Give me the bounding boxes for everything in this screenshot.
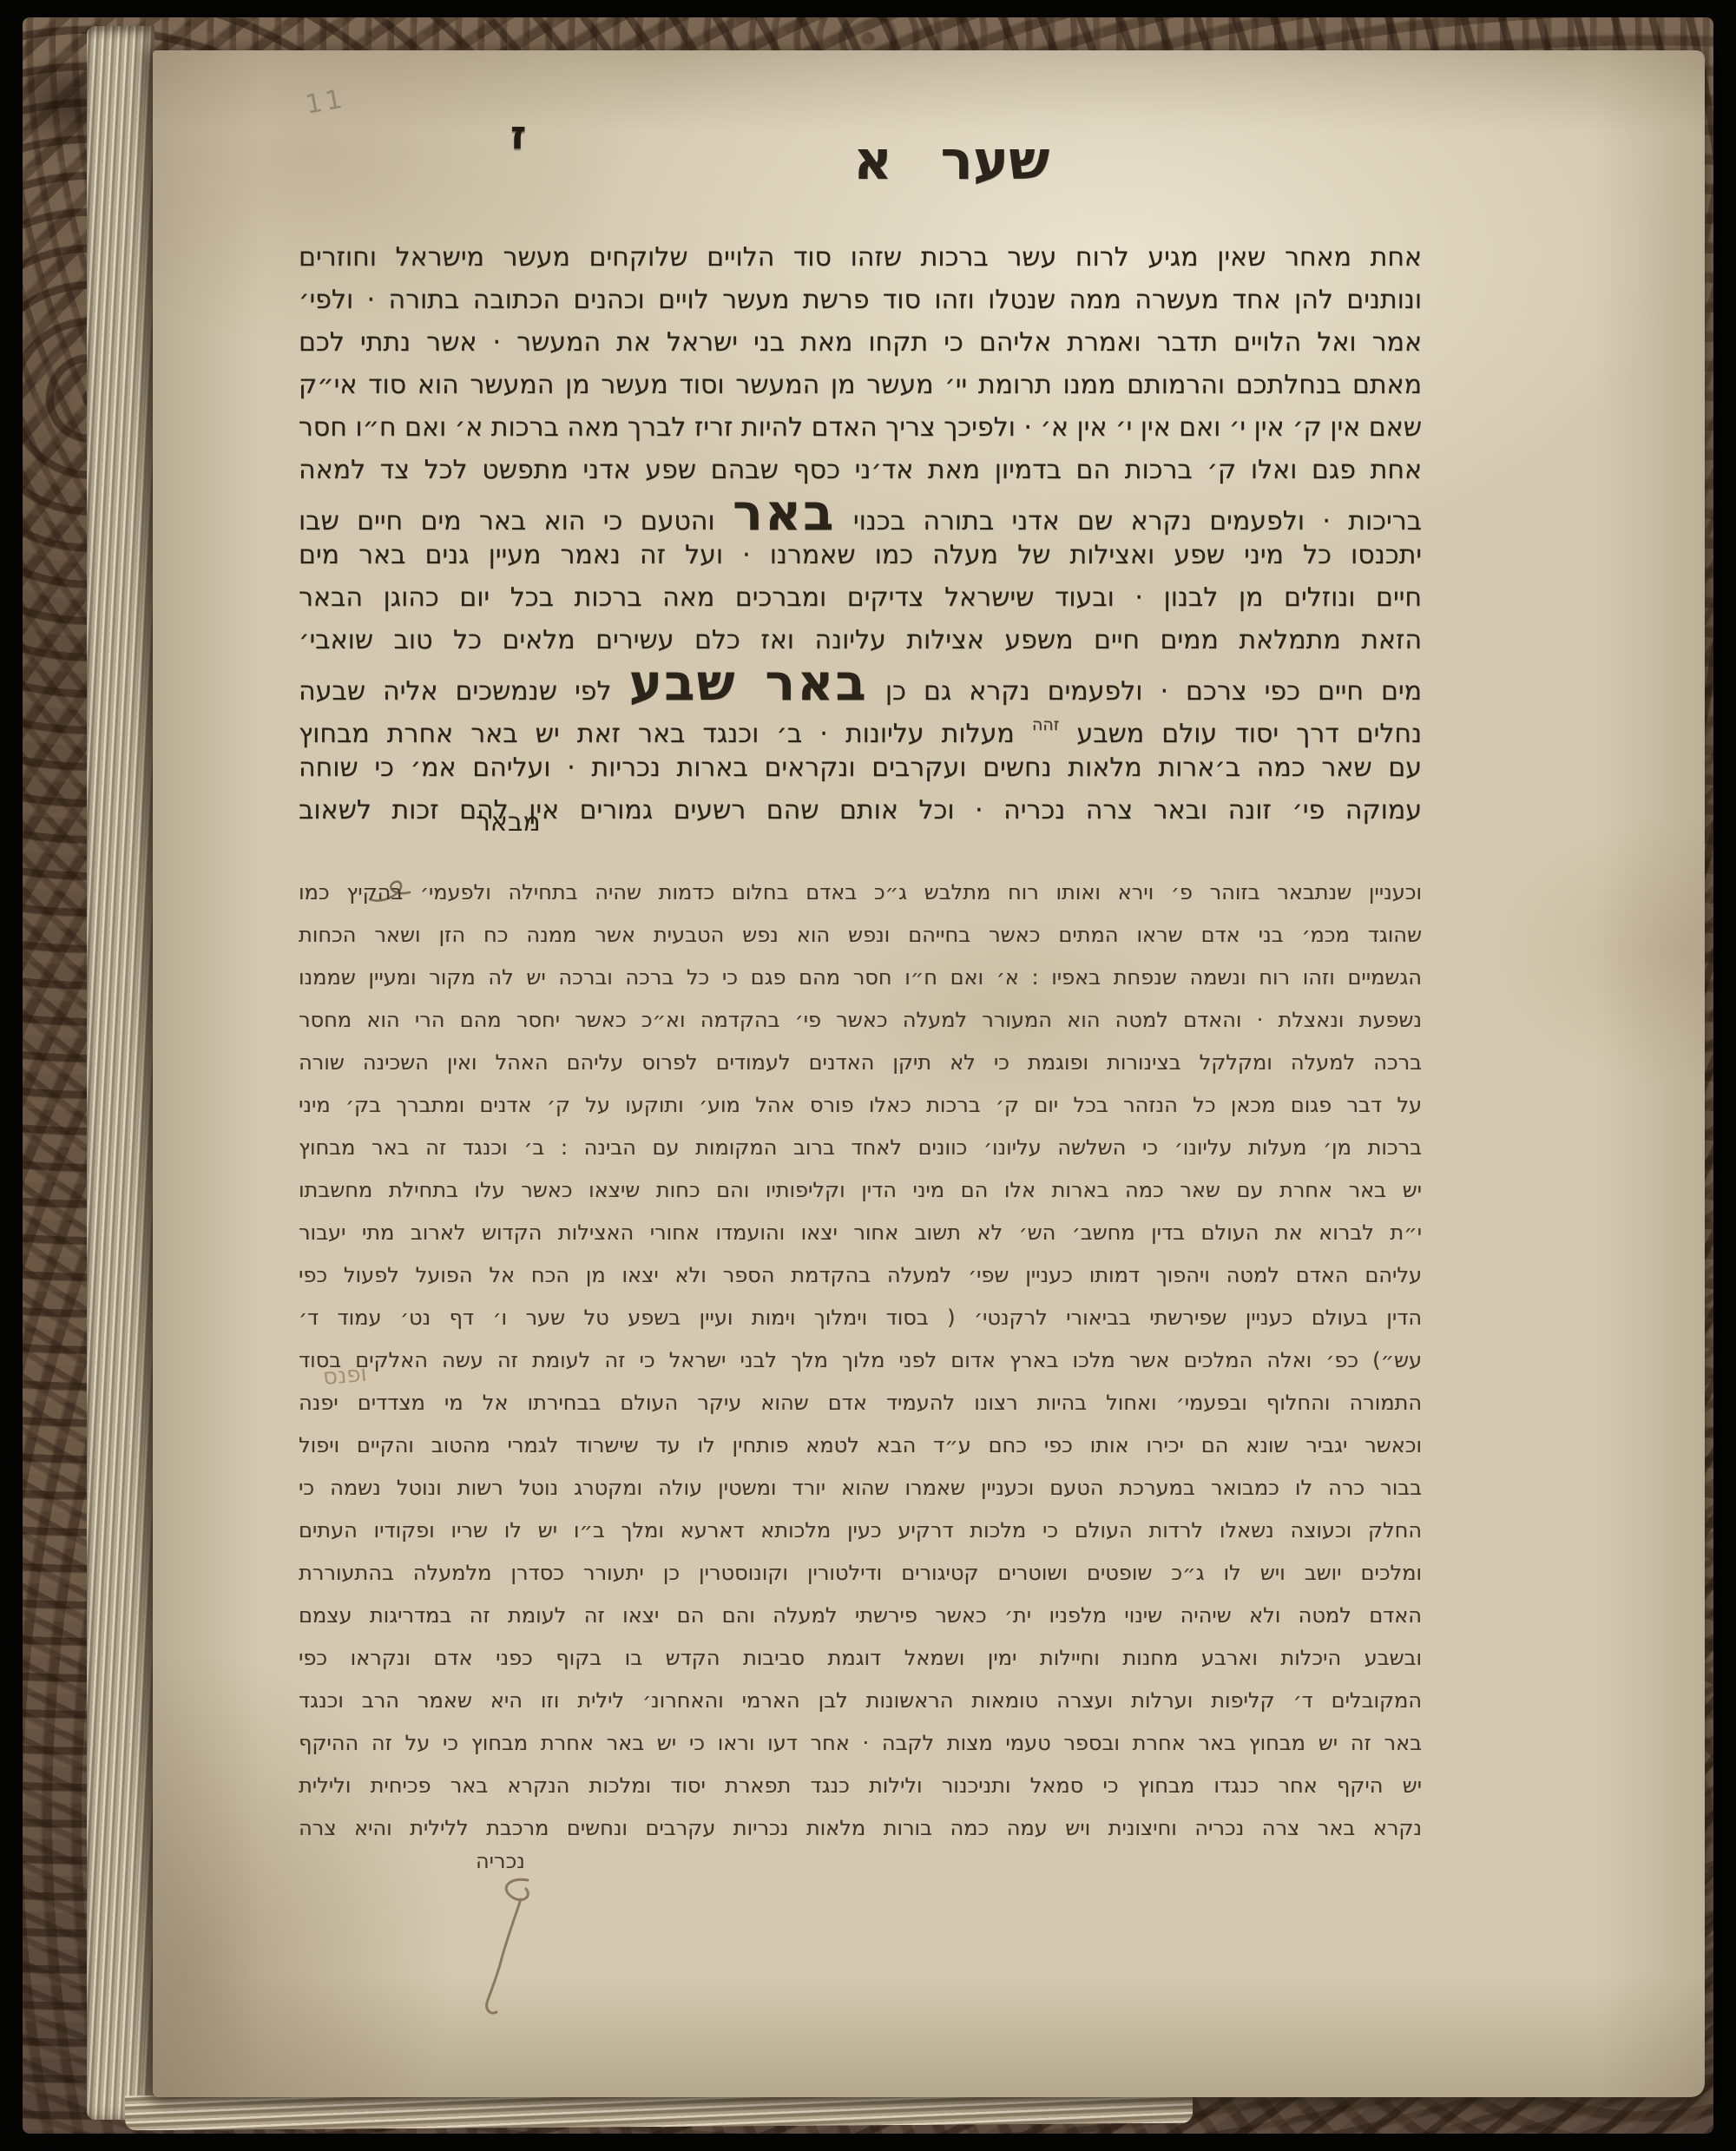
folio-letter: ז xyxy=(510,111,526,158)
text-line: יתכנסו כל מיני שפע ואצילות של מעלה כמו ש… xyxy=(299,534,1422,576)
text-line-beer: בריכות · ולפעמים נקרא שם אדני בתורה בכנו… xyxy=(299,491,1422,534)
commentary-line: ומלכים יושב ויש לו ג״כ שופטים ושוטרים קט… xyxy=(299,1552,1422,1595)
text-line: אחת פגם ואלו ק׳ ברכות הם בדמיון מאת אד׳נ… xyxy=(299,449,1422,491)
commentary-line: ברכה למעלה ומקלקל בצינורות ופוגמת כי לא … xyxy=(299,1042,1422,1084)
commentary-line: האדם למטה ולא שיהיה שינוי מלפניו ית׳ כאש… xyxy=(299,1595,1422,1637)
pencil-folio-number: 11 xyxy=(303,83,348,120)
text-line: עם שאר כמה ב׳ארות מלאות נחשים ועקרבים ונ… xyxy=(299,747,1422,789)
commentary-block: וכעניין שנתבאר בזוהר פ׳ וירא ואותו רוח מ… xyxy=(299,872,1422,1850)
commentary-tail-word: נכריה xyxy=(476,1849,525,1873)
commentary-line: וכאשר יגביר שונא הם יכירו אותו כפי כחם ע… xyxy=(299,1424,1422,1467)
commentary-line: ובשבע היכלות וארבע מחנות וחיילות ימין וש… xyxy=(299,1637,1422,1680)
commentary-line: הדין בעולם כעניין שפירשתי בביאורי לרקנטי… xyxy=(299,1297,1422,1339)
text-line: מאתם בנחלתכם והרמותם ממנו תרומת יי׳ מעשר… xyxy=(299,364,1422,406)
text-line: ונותנים להן אחד מעשרה ממה שנטלו וזהו סוד… xyxy=(299,279,1422,321)
commentary-line: ברכות מן׳ מעלות עליונו׳ כי השלשה עליונו׳… xyxy=(299,1127,1422,1169)
commentary-line: נקרא באר צרה נכריה וחיצונית ויש עמה כמה … xyxy=(299,1807,1422,1850)
commentary-line: שהוגד מכמ׳ בני אדם שראו המתים כאשר בחייה… xyxy=(299,914,1422,957)
catchword: מבאר xyxy=(476,807,541,838)
big-word-beer: באר xyxy=(733,483,836,542)
pen-flourish xyxy=(476,1875,562,2023)
line-segment: נחלים דרך יסוד עולם משבע xyxy=(1076,719,1422,749)
line-segment: לפי שנמשכים אליה שבעה xyxy=(299,676,611,707)
commentary-line: התמורה והחלוף ובפעמי׳ ואחול בהיות רצונו … xyxy=(299,1382,1422,1424)
commentary-line: הגשמיים וזהו רוח ונשמה שנפחת באפיו : א׳ … xyxy=(299,957,1422,999)
book-cover: 11 ז שער א אחת מאחר שאין מגיע לרוח עשר ב… xyxy=(23,17,1713,2134)
text-line-superscript: נחלים דרך יסוד עולם משבע זהה מעלות עליונ… xyxy=(299,704,1422,747)
text-line: עמוקה פי׳ זונה ובאר צרה נכריה · וכל אותם… xyxy=(299,789,1422,832)
line-segment: מים חיים כפי צרכם · ולפעמים נקרא גם כן xyxy=(885,676,1422,707)
big-word-beer-sheva: באר שבע xyxy=(629,653,868,712)
handwritten-margin-gloss: ופנס xyxy=(322,1361,368,1391)
commentary-line: י״ת לברוא את העולם בדין מחשב׳ הש׳ לא תשו… xyxy=(299,1212,1422,1254)
line-segment: בריכות · ולפעמים נקרא שם אדני בתורה בכנו… xyxy=(853,506,1422,536)
commentary-line: בבור כרה לו כמבואר במערכת הטעם וכעניין ש… xyxy=(299,1467,1422,1510)
commentary-line: וכעניין שנתבאר בזוהר פ׳ וירא ואותו רוח מ… xyxy=(299,872,1422,914)
commentary-line: יש היקף אחר כנגדו מבחוץ כי סמאל ותניכנור… xyxy=(299,1765,1422,1807)
commentary-line: עש״) כפ׳ ואלה המלכים אשר מלכו בארץ אדום … xyxy=(299,1339,1422,1382)
commentary-line: עליהם האדם למטה ויהפוך דמותו כעניין שפי׳… xyxy=(299,1254,1422,1297)
text-line: אמר ואל הלויים תדבר ואמרת אליהם כי תקחו … xyxy=(299,321,1422,364)
commentary-line: החלק וכעוצה נשאלו לרדות העולם כי מלכות ד… xyxy=(299,1510,1422,1552)
page-title: שער א xyxy=(639,128,1264,192)
line-segment: מעלות עליונות · ב׳ וכנגד באר זאת יש באר … xyxy=(299,719,1015,749)
line-segment: והטעם כי הוא באר מים חיים שבו xyxy=(299,506,715,536)
book-page: 11 ז שער א אחת מאחר שאין מגיע לרוח עשר ב… xyxy=(153,50,1705,2097)
commentary-line: המקובלים ד׳ קליפות וערלות ועצרה טומאות ה… xyxy=(299,1680,1422,1722)
commentary-line: נשפעת ונאצלת · והאדם למטה הוא המעורר למע… xyxy=(299,999,1422,1042)
text-line-beer-sheva: מים חיים כפי צרכם · ולפעמים נקרא גם כן ב… xyxy=(299,661,1422,704)
text-line: חיים ונוזלים מן לבנון · ובעוד שישראל צדי… xyxy=(299,576,1422,619)
text-line: אחת מאחר שאין מגיע לרוח עשר ברכות שזהו ס… xyxy=(299,236,1422,279)
main-text-block: אחת מאחר שאין מגיע לרוח עשר ברכות שזהו ס… xyxy=(299,236,1422,832)
commentary-line: יש באר אחרת עם שאר כמה בארות אלו הם מיני… xyxy=(299,1169,1422,1212)
commentary-line: על דבר פגום מכאן כל הנזהר בכל יום ק׳ ברכ… xyxy=(299,1084,1422,1127)
commentary-line: באר זה יש מבחוץ באר אחרת ובספר טעמי מצות… xyxy=(299,1722,1422,1765)
superscript-gloss: זהה xyxy=(1032,715,1059,734)
page-stack-edge xyxy=(87,26,155,2120)
text-line: שאם אין ק׳ אין י׳ ואם אין י׳ אין א׳ · ול… xyxy=(299,406,1422,449)
